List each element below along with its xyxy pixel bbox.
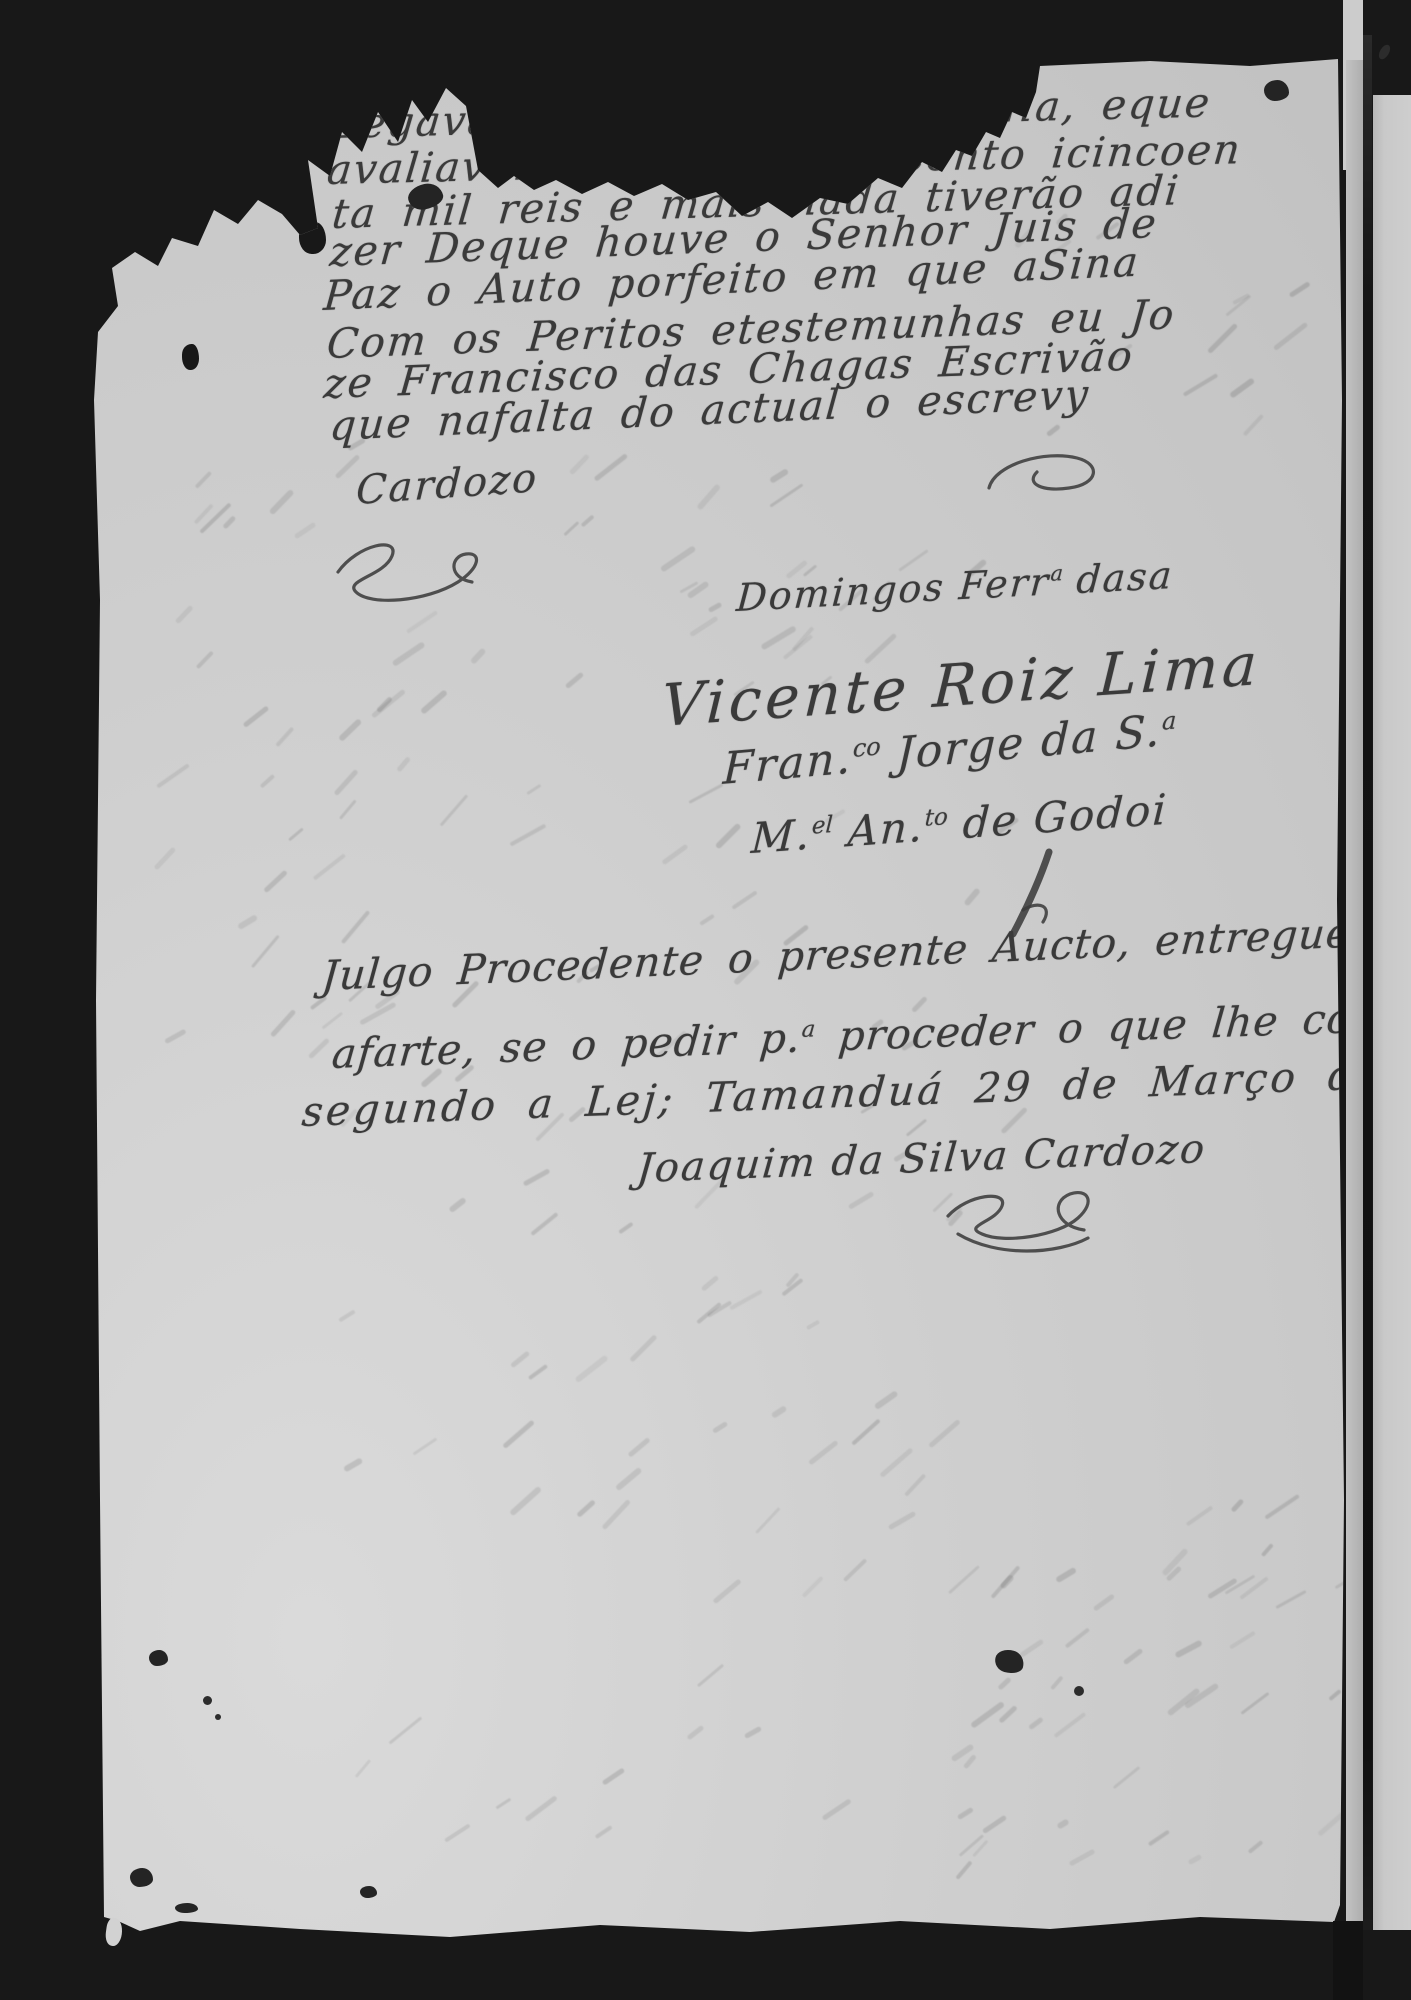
- bleedthrough-stroke: [848, 1191, 874, 1209]
- judge-rubric-flourish: [938, 1182, 1113, 1258]
- bleedthrough-stroke: [308, 1037, 330, 1059]
- bleedthrough-stroke: [275, 727, 294, 747]
- bleedthrough-stroke: [1053, 1712, 1086, 1738]
- bleedthrough-stroke: [1230, 1498, 1244, 1513]
- bleedthrough-stroke: [1264, 1494, 1299, 1519]
- bleedthrough-stroke: [708, 602, 722, 613]
- bleedthrough-stroke: [1243, 414, 1265, 437]
- bleedthrough-stroke: [294, 522, 317, 539]
- bleedthrough-stroke: [313, 853, 346, 880]
- bleedthrough-stroke: [1261, 1544, 1274, 1558]
- bleedthrough-stroke: [615, 1466, 642, 1490]
- bleedthrough-stroke: [744, 1726, 762, 1739]
- bleedthrough-stroke: [270, 1009, 296, 1037]
- bleedthrough-stroke: [906, 1119, 928, 1138]
- ink-blot: [598, 124, 639, 168]
- bleedthrough-stroke: [851, 1419, 881, 1447]
- bleedthrough-stroke: [998, 1676, 1013, 1690]
- bleedthrough-stroke: [406, 611, 438, 635]
- bleedthrough-stroke: [627, 1437, 650, 1457]
- bleedthrough-stroke: [523, 1168, 550, 1186]
- bleedthrough-stroke: [821, 1799, 851, 1822]
- bleedthrough-stroke: [569, 454, 590, 475]
- bleedthrough-stroke: [343, 1457, 363, 1472]
- bleedthrough-stroke: [1174, 1640, 1202, 1659]
- bleedthrough-stroke: [251, 935, 280, 968]
- bleedthrough-stroke: [843, 1558, 868, 1582]
- ink-blot: [360, 1886, 377, 1898]
- bleedthrough-stroke: [444, 1823, 471, 1843]
- bleedthrough-stroke: [175, 605, 194, 624]
- bleedthrough-stroke: [263, 870, 287, 893]
- bleedthrough-stroke: [697, 483, 722, 510]
- bleedthrough-stroke: [392, 641, 426, 667]
- bleedthrough-stroke: [199, 502, 232, 534]
- bleedthrough-stroke: [715, 823, 742, 850]
- bleedthrough-stroke: [576, 1499, 596, 1517]
- bleedthrough-stroke: [697, 1664, 724, 1687]
- bleedthrough-stroke: [339, 1310, 356, 1323]
- bleedthrough-stroke: [469, 647, 486, 664]
- bleedthrough-stroke: [322, 1011, 344, 1029]
- bleedthrough-stroke: [687, 1725, 705, 1741]
- bleedthrough-stroke: [164, 1029, 186, 1045]
- bleedthrough-stroke: [957, 1807, 974, 1821]
- bleedthrough-stroke: [448, 1197, 467, 1213]
- ink-speck: [203, 1696, 212, 1705]
- bleedthrough-stroke: [990, 1565, 1020, 1599]
- bleedthrough-stroke: [495, 1797, 511, 1809]
- bleedthrough-stroke: [888, 1510, 917, 1529]
- bleedthrough-stroke: [806, 1320, 820, 1330]
- bleedthrough-stroke: [1272, 322, 1307, 351]
- bleedthrough-stroke: [355, 1759, 372, 1778]
- bleedthrough-stroke: [712, 1421, 728, 1433]
- adjacent-page-edge: [1373, 95, 1411, 1930]
- bleedthrough-stroke: [963, 1754, 978, 1770]
- bleedthrough-stroke: [153, 846, 176, 870]
- bleedthrough-stroke: [769, 483, 803, 507]
- bleedthrough-stroke: [1028, 1717, 1044, 1731]
- bleedthrough-stroke: [729, 1290, 762, 1311]
- ink-blot: [175, 1903, 198, 1913]
- bleedthrough-stroke: [510, 1350, 530, 1367]
- bleedthrough-stroke: [660, 546, 696, 573]
- bleedthrough-stroke: [1241, 1692, 1270, 1715]
- bleedthrough-stroke: [1183, 373, 1218, 396]
- bleedthrough-stroke: [1019, 1639, 1044, 1658]
- ink-speck: [215, 1714, 221, 1720]
- bleedthrough-stroke: [1248, 1840, 1264, 1854]
- edge-speck: [1377, 43, 1393, 61]
- bleedthrough-stroke: [1289, 281, 1311, 298]
- judge-signature: Joaquim da Silva Cardozo: [635, 1126, 1208, 1192]
- bleedthrough-stroke: [420, 689, 448, 714]
- bleedthrough-stroke: [156, 764, 189, 789]
- bleedthrough-stroke: [1329, 1688, 1343, 1700]
- bleedthrough-stroke: [338, 718, 362, 742]
- bleedthrough-stroke: [1186, 1506, 1213, 1527]
- bleedthrough-stroke: [1055, 1566, 1077, 1582]
- bleedthrough-stroke: [629, 1335, 657, 1363]
- bleedthrough-stroke: [196, 651, 214, 670]
- bleedthrough-stroke: [1229, 1631, 1256, 1650]
- bleedthrough-stroke: [1046, 424, 1061, 437]
- bleedthrough-stroke: [260, 774, 276, 789]
- bleedthrough-stroke: [1188, 1854, 1203, 1865]
- bleedthrough-stroke: [879, 1447, 914, 1478]
- bleedthrough-stroke: [1206, 323, 1237, 354]
- bleedthrough-stroke: [388, 1716, 422, 1744]
- bleedthrough-stroke: [288, 828, 304, 842]
- bleedthrough-stroke: [1093, 1594, 1116, 1612]
- bleedthrough-stroke: [412, 1437, 437, 1455]
- bleedthrough-stroke: [1147, 1830, 1169, 1847]
- scanned-document-photo: Legava amanhecer o outro dia, eque avali…: [0, 0, 1411, 2000]
- ink-blot: [1264, 80, 1289, 101]
- bleedthrough-stroke: [1276, 1590, 1307, 1609]
- bleedthrough-stroke: [524, 1795, 558, 1822]
- bleedthrough-stroke: [802, 1576, 824, 1598]
- judgment-line: Julgo Procedente o presente Aucto, entre…: [320, 906, 1411, 1000]
- bleedthrough-stroke: [527, 784, 542, 795]
- bleedthrough-stroke: [808, 1440, 839, 1466]
- bleedthrough-stroke: [574, 1355, 608, 1383]
- bleedthrough-stroke: [195, 472, 212, 490]
- bleedthrough-stroke: [928, 1419, 961, 1449]
- bleedthrough-stroke: [689, 616, 718, 638]
- ink-blot: [149, 1650, 168, 1666]
- bleedthrough-stroke: [222, 515, 236, 529]
- bleedthrough-stroke: [770, 1405, 786, 1418]
- bleedthrough-stroke: [769, 468, 789, 483]
- ink-speck: [1074, 1686, 1084, 1696]
- bleedthrough-stroke: [237, 914, 258, 930]
- bleedthrough-stroke: [713, 1579, 742, 1604]
- bleedthrough-stroke: [268, 489, 294, 516]
- escrevy-flourish: [985, 448, 1105, 497]
- bleedthrough-stroke: [904, 1474, 926, 1497]
- bleedthrough-stroke: [755, 1507, 781, 1534]
- bleedthrough-stroke: [982, 1815, 1007, 1834]
- bleedthrough-stroke: [956, 1860, 974, 1880]
- book-gutter: [1363, 35, 1372, 1930]
- bleedthrough-stroke: [528, 1364, 548, 1380]
- bleedthrough-stroke: [701, 1275, 719, 1291]
- bleedthrough-stroke: [509, 823, 546, 846]
- bleedthrough-stroke: [242, 706, 269, 729]
- bleedthrough-stroke: [341, 910, 371, 944]
- bleedthrough-stroke: [699, 915, 714, 927]
- paper-hole: [182, 344, 199, 370]
- bleedthrough-stroke: [696, 1302, 722, 1325]
- clerk-signature: Cardozo: [355, 455, 539, 514]
- bleedthrough-stroke: [1057, 1819, 1070, 1830]
- bleedthrough-stroke: [594, 1825, 612, 1839]
- witness-signature: M.el An.to de Godoi: [750, 785, 1169, 863]
- ink-blot: [551, 84, 570, 96]
- bleedthrough-stroke: [601, 1498, 631, 1529]
- ink-blot: [130, 1868, 153, 1887]
- clerk-rubric-flourish: [330, 538, 490, 607]
- bleedthrough-stroke: [689, 783, 725, 804]
- bleedthrough-stroke: [563, 521, 579, 537]
- ink-speck: [620, 108, 625, 113]
- bleedthrough-stroke: [1229, 377, 1255, 398]
- ink-speck: [575, 54, 581, 62]
- bleedthrough-stroke: [530, 1212, 558, 1236]
- bleedthrough-stroke: [619, 1222, 634, 1235]
- bleedthrough-stroke: [760, 626, 796, 651]
- bleedthrough-stroke: [1050, 1676, 1063, 1690]
- bleedthrough-stroke: [503, 1420, 535, 1449]
- bleedthrough-stroke: [1064, 1628, 1089, 1649]
- bleedthrough-stroke: [440, 794, 468, 826]
- bleedthrough-stroke: [509, 1486, 542, 1517]
- manuscript-page: Legava amanhecer o outro dia, eque avali…: [0, 0, 1411, 2000]
- bleedthrough-stroke: [602, 1767, 626, 1785]
- bleedthrough-stroke: [948, 1565, 980, 1594]
- bleedthrough-stroke: [1317, 1808, 1349, 1836]
- bleedthrough-stroke: [1113, 1765, 1141, 1788]
- bleedthrough-stroke: [1069, 1848, 1096, 1866]
- page-edge-shadow: [1346, 60, 1363, 1925]
- bleedthrough-stroke: [339, 799, 357, 820]
- bleedthrough-stroke: [581, 514, 595, 526]
- bleedthrough-stroke: [594, 453, 629, 482]
- bleedthrough-stroke: [970, 1701, 1005, 1728]
- bleedthrough-stroke: [565, 672, 584, 689]
- bleedthrough-stroke: [397, 756, 411, 772]
- bleedthrough-stroke: [334, 769, 359, 796]
- paper-hole: [299, 222, 326, 254]
- bleedthrough-stroke: [874, 1390, 899, 1410]
- bleedthrough-stroke: [964, 887, 981, 906]
- bleedthrough-stroke: [1123, 1647, 1144, 1664]
- bleedthrough-stroke: [661, 844, 688, 866]
- book-gutter-foot: [1333, 1921, 1363, 2000]
- bleedthrough-stroke: [732, 890, 758, 910]
